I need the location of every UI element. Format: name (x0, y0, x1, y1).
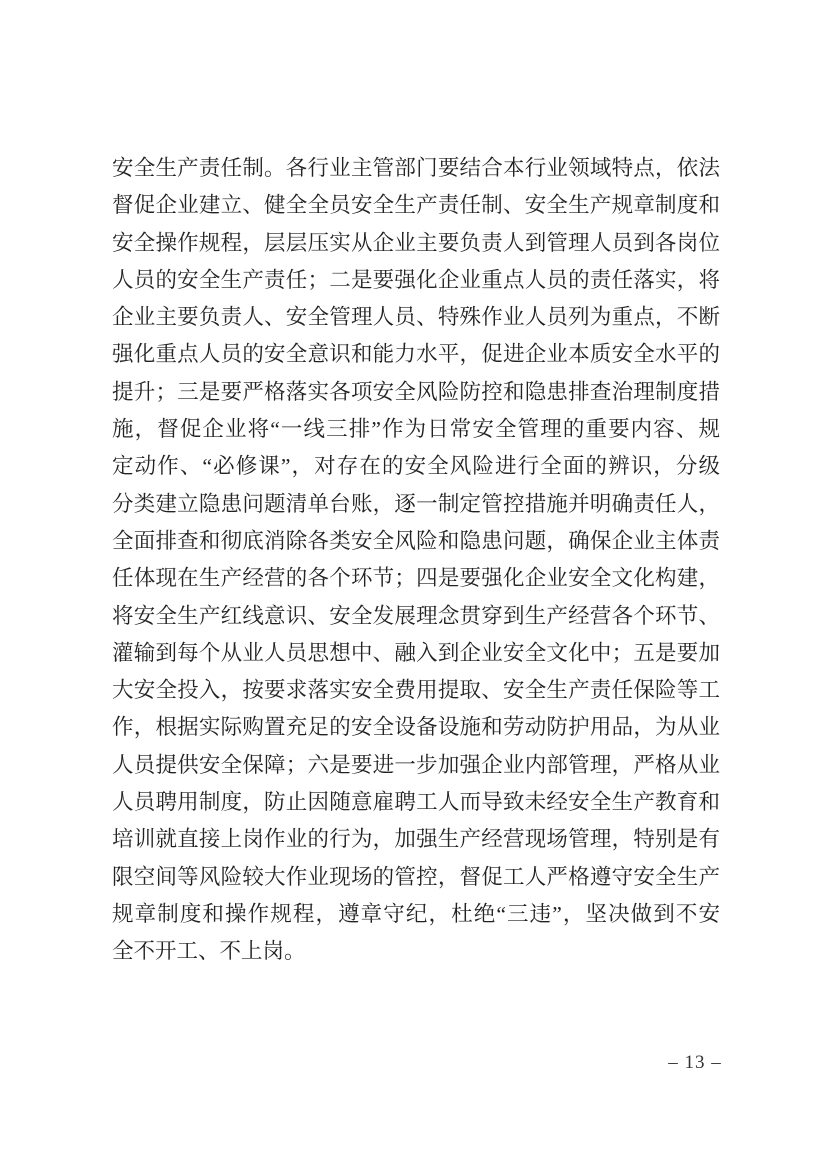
text-line: 规章制度和操作规程，遵章守纪，杜绝“三违”，坚决做到不安 (112, 896, 720, 933)
text-line: 全不开工、不上岗。 (112, 933, 720, 970)
text-line: 安全生产责任制。各行业主管部门要结合本行业领域特点，依法 (112, 150, 720, 187)
text-line: 督促企业建立、健全全员安全生产责任制、安全生产规章制度和 (112, 187, 720, 224)
text-line: 培训就直接上岗作业的行为，加强生产经营现场管理，特别是有 (112, 821, 720, 858)
text-line: 大安全投入，按要求落实安全费用提取、安全生产责任保险等工 (112, 672, 720, 709)
text-line: 强化重点人员的安全意识和能力水平，促进企业本质安全水平的 (112, 336, 720, 373)
text-line: 限空间等风险较大作业现场的管控，督促工人严格遵守安全生产 (112, 859, 720, 896)
text-line: 人员提供安全保障；六是要进一步加强企业内部管理，严格从业 (112, 747, 720, 784)
text-line: 提升；三是要严格落实各项安全风险防控和隐患排查治理制度措 (112, 374, 720, 411)
text-line: 将安全生产红线意识、安全发展理念贯穿到生产经营各个环节、 (112, 598, 720, 635)
text-line: 分类建立隐患问题清单台账，逐一制定管控措施并明确责任人， (112, 486, 720, 523)
document-page: 安全生产责任制。各行业主管部门要结合本行业领域特点，依法 督促企业建立、健全全员… (0, 0, 826, 1169)
text-line: 全面排查和彻底消除各类安全风险和隐患问题，确保企业主体责 (112, 523, 720, 560)
body-text: 安全生产责任制。各行业主管部门要结合本行业领域特点，依法 督促企业建立、健全全员… (112, 150, 720, 971)
text-line: 人员的安全生产责任；二是要强化企业重点人员的责任落实，将 (112, 262, 720, 299)
text-line: 安全操作规程，层层压实从企业主要负责人到管理人员到各岗位 (112, 225, 720, 262)
text-line: 作，根据实际购置充足的安全设备设施和劳动防护用品，为从业 (112, 709, 720, 746)
text-line: 灌输到每个从业人员思想中、融入到企业安全文化中；五是要加 (112, 635, 720, 672)
page-number: – 13 – (645, 1052, 745, 1074)
text-line: 定动作、“必修课”，对存在的安全风险进行全面的辨识，分级 (112, 448, 720, 485)
text-line: 企业主要负责人、安全管理人员、特殊作业人员列为重点，不断 (112, 299, 720, 336)
text-line: 人员聘用制度，防止因随意雇聘工人而导致未经安全生产教育和 (112, 784, 720, 821)
text-line: 任体现在生产经营的各个环节；四是要强化企业安全文化构建， (112, 560, 720, 597)
text-line: 施，督促企业将“一线三排”作为日常安全管理的重要内容、规 (112, 411, 720, 448)
